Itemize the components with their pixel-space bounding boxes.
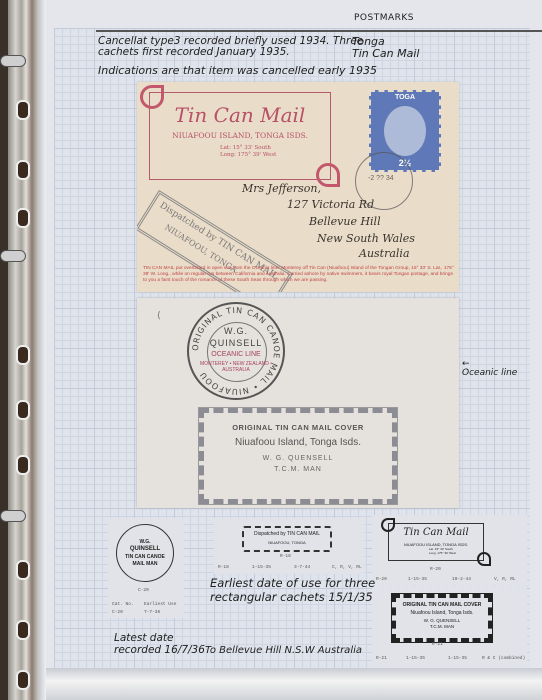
punch-hole: [16, 345, 30, 365]
note-latest-date: Latest date recorded 16/7/36: [114, 632, 214, 656]
reference-card-ornate: Tin Can Mail NIUAFOOU ISLAND, TONGA ISDS…: [372, 515, 527, 585]
page-edge: [38, 0, 46, 700]
address-line: Bellevue Hill: [309, 215, 381, 228]
ref-line: T.C.M. MAN: [396, 624, 488, 629]
back-cover: ⟨ ORIGINAL TIN CAN CANOE MAIL • NIUAFOOU…: [137, 298, 459, 508]
punch-hole: [16, 208, 30, 228]
oceanic-line-stamp: OCEANIC LINE: [189, 351, 283, 358]
note-destination: To Bellevue Hill N.S.W Australia: [205, 644, 385, 657]
cachet-surname: QUINSELL: [189, 338, 283, 348]
binder-ring: [0, 510, 26, 522]
oceanic-text: Oceanic line: [462, 369, 517, 378]
ref-col: Cat. No.: [112, 602, 134, 607]
ref-val: 10-2-44: [452, 577, 471, 582]
ref-line: TIN CAN CANOE: [117, 554, 173, 560]
pencil-mark: ⟨: [157, 310, 161, 321]
ref-val: 1-15-35: [408, 577, 427, 582]
cover-footer-text: TIN CAN MAIL put overboard in open sea f…: [143, 266, 455, 284]
ref-val: 3-7-44: [294, 565, 310, 570]
oceanic-line-sub: MONTEREY • NEW ZEALAND • AUSTRALIA: [189, 361, 283, 373]
ref-val: 1-15-35: [406, 656, 425, 661]
binder-ring: [0, 250, 26, 262]
circular-cachet: ORIGINAL TIN CAN CANOE MAIL • NIUAFOOU W…: [187, 302, 285, 400]
cover-subtitle: NIUAFOOU ISLAND, TONGA ISDS.: [150, 131, 330, 140]
ref-line: NIUAFOOU, TONGA: [244, 540, 330, 545]
mini-tin-can-mail-cachet: Tin Can Mail NIUAFOOU ISLAND, TONGA ISDS…: [388, 523, 484, 561]
binder-spine: [0, 0, 40, 700]
mini-dispatched-cachet: Dispatched by TIN CAN MAIL NIUAFOOU, TON…: [242, 526, 332, 552]
note-oceanic-line: ← Oceanic line: [462, 360, 517, 379]
rect-line4: T.C.M. MAN: [204, 466, 392, 473]
ref-code: R-20: [430, 567, 441, 572]
rectangular-cachet: ORIGINAL TIN CAN MAIL COVER Niuafoou Isl…: [199, 408, 397, 504]
note-earliest-date: Earliest date of use for three rectangul…: [210, 577, 380, 605]
rect-line3: W. G. QUENSELL: [204, 455, 392, 462]
punch-hole: [16, 160, 30, 180]
ref-val: 7-7-36: [144, 610, 160, 615]
address-line: Mrs Jefferson,: [242, 182, 321, 195]
postmark-date: -2 ?? 34: [368, 175, 394, 182]
ref-line: QUINSELL: [117, 546, 173, 552]
front-cover: Tin Can Mail NIUAFOOU ISLAND, TONGA ISDS…: [137, 82, 459, 292]
latitude: Lat: 15° 33' South: [220, 145, 276, 152]
note-cancellation: Cancellat type3 recorded briefly used 19…: [98, 36, 388, 58]
ref-line: Long. 175° 39' West: [429, 552, 456, 556]
ref-line: Niuafoou Island, Tonga Isds.: [396, 610, 488, 616]
reference-card-dispatched: Dispatched by TIN CAN MAIL NIUAFOOU, TON…: [214, 518, 364, 574]
rect-line1: ORIGINAL TIN CAN MAIL COVER: [204, 423, 392, 432]
address-line: Australia: [359, 247, 410, 260]
stamp-country: TOGA: [371, 94, 439, 101]
cover-coordinates: Lat: 15° 33' South Long: 175° 39' West: [220, 145, 276, 158]
note-indications: Indications are that item was cancelled …: [98, 65, 377, 77]
ref-code: R-18: [280, 554, 291, 559]
sleeve-bottom: [46, 668, 542, 700]
ref-val: C, R, V, RL: [332, 565, 362, 570]
mini-circular-cachet: W.G. QUINSELL TIN CAN CANOE MAIL MAN: [116, 524, 174, 582]
binder-ring: [0, 55, 26, 67]
ref-code: C-20: [138, 588, 149, 593]
punch-hole: [16, 620, 30, 640]
ref-code: R-21: [432, 642, 443, 647]
ref-val: C-20: [112, 610, 123, 615]
cachet-name: W.G.: [189, 326, 283, 336]
header-label: POSTMARKS: [354, 14, 414, 23]
punch-hole: [16, 560, 30, 580]
cover-title: Tin Can Mail: [150, 103, 330, 127]
queen-portrait-icon: [384, 106, 426, 156]
reference-card-original-cover: ORIGINAL TIN CAN MAIL COVER Niuafoou Isl…: [372, 586, 527, 668]
punch-hole: [16, 670, 30, 690]
ref-coords: Lat. 15° 33' South Long. 175° 39' West: [429, 548, 456, 555]
punch-hole: [16, 455, 30, 475]
ref-val: V, R, RL: [494, 577, 516, 582]
punch-hole: [16, 100, 30, 120]
punch-hole: [16, 400, 30, 420]
header-rule: [96, 30, 542, 32]
ref-line: Tin Can Mail: [389, 527, 483, 538]
longitude: Long: 175° 39' West: [220, 152, 276, 159]
ref-line: W. G. QUENSELL: [396, 618, 488, 623]
ref-line: W.G.: [117, 539, 173, 545]
ref-col: Earliest Use: [144, 602, 176, 607]
ref-line: MAIL MAN: [117, 561, 173, 567]
rect-line2: Niuafoou Island, Tonga Isds.: [204, 437, 392, 448]
ref-line: ORIGINAL TIN CAN MAIL COVER: [396, 602, 488, 608]
reference-card-circular: W.G. QUINSELL TIN CAN CANOE MAIL MAN C-2…: [108, 518, 184, 618]
ref-line: Dispatched by TIN CAN MAIL: [244, 531, 330, 537]
address-line: New South Wales: [317, 232, 415, 245]
ref-val: 1-15-35: [448, 656, 467, 661]
ref-val: R-18: [218, 565, 229, 570]
ref-val: 1-15-35: [252, 565, 271, 570]
ref-val: R & C (combined): [482, 656, 525, 661]
address-line: 127 Victoria Rd: [287, 198, 374, 211]
mini-original-cover-cachet: ORIGINAL TIN CAN MAIL COVER Niuafoou Isl…: [392, 594, 492, 642]
tin-can-mail-frame: Tin Can Mail NIUAFOOU ISLAND, TONGA ISDS…: [149, 92, 331, 180]
